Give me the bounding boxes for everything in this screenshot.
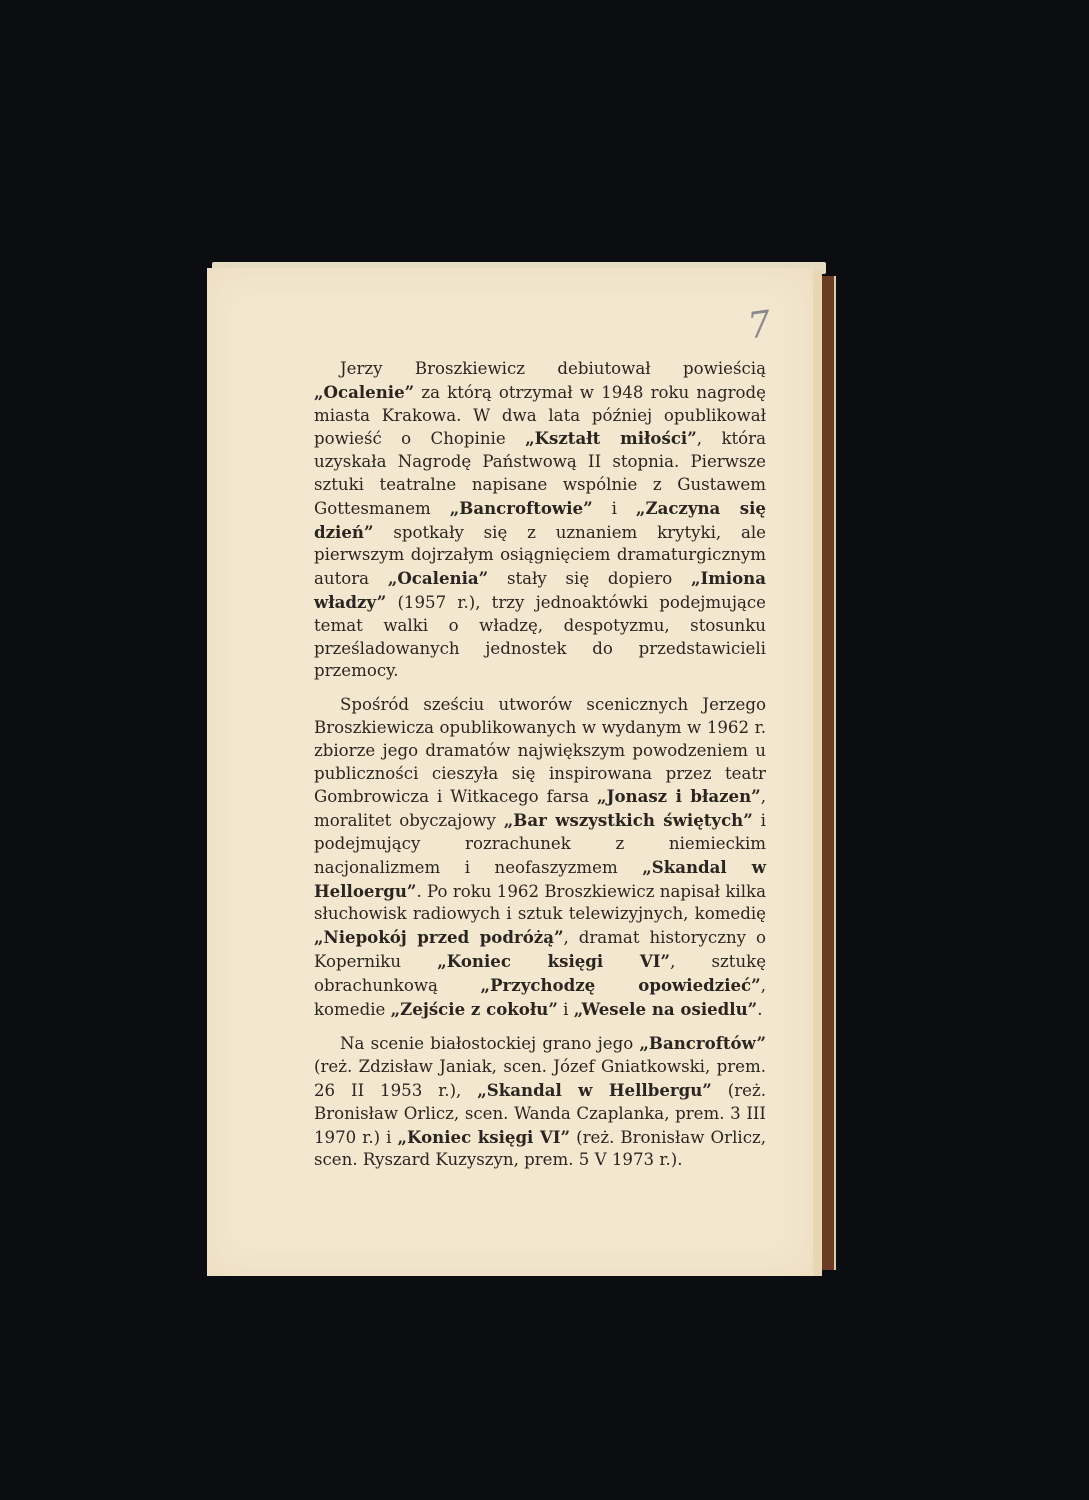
text-run: i bbox=[593, 499, 636, 518]
paragraph-1: Jerzy Broszkiewicz debiutował powieścią … bbox=[314, 358, 766, 683]
title-reference: „Ocalenia” bbox=[388, 568, 488, 588]
title-reference: „Zejście z cokołu” bbox=[391, 999, 558, 1019]
title-reference: „Bancroftowie” bbox=[450, 498, 593, 518]
text-run: i bbox=[558, 1000, 574, 1019]
title-reference: „Ocalenie” bbox=[314, 382, 414, 402]
paragraph-3: Na scenie białostockiej grano jego „Banc… bbox=[314, 1032, 766, 1172]
title-reference: „Przychodzę opowiedzieć” bbox=[481, 975, 761, 995]
body-text: Jerzy Broszkiewicz debiutował powieścią … bbox=[314, 358, 766, 1172]
title-reference: „Skandal w Hellbergu” bbox=[477, 1080, 712, 1100]
title-reference: „Kształt miłości” bbox=[525, 428, 697, 448]
text-run: Jerzy Broszkiewicz debiutował powieścią bbox=[340, 359, 766, 378]
title-reference: „Koniec księgi VI” bbox=[437, 951, 670, 971]
title-reference: „Koniec księgi VI” bbox=[398, 1127, 571, 1147]
title-reference: „Bar wszystkich świętych” bbox=[504, 810, 753, 830]
title-reference: „Niepokój przed podróżą” bbox=[314, 927, 564, 947]
text-run: stały się dopiero bbox=[488, 569, 691, 588]
paragraph-2: Spośród sześciu utworów scenicznych Jerz… bbox=[314, 694, 766, 1021]
title-reference: „Wesele na osiedlu” bbox=[574, 999, 757, 1019]
text-run: . bbox=[757, 1000, 762, 1019]
title-reference: „Bancroftów” bbox=[639, 1033, 766, 1053]
title-reference: „Jonasz i błazen” bbox=[597, 786, 761, 806]
text-run: Na scenie białostockiej grano jego bbox=[340, 1034, 639, 1053]
